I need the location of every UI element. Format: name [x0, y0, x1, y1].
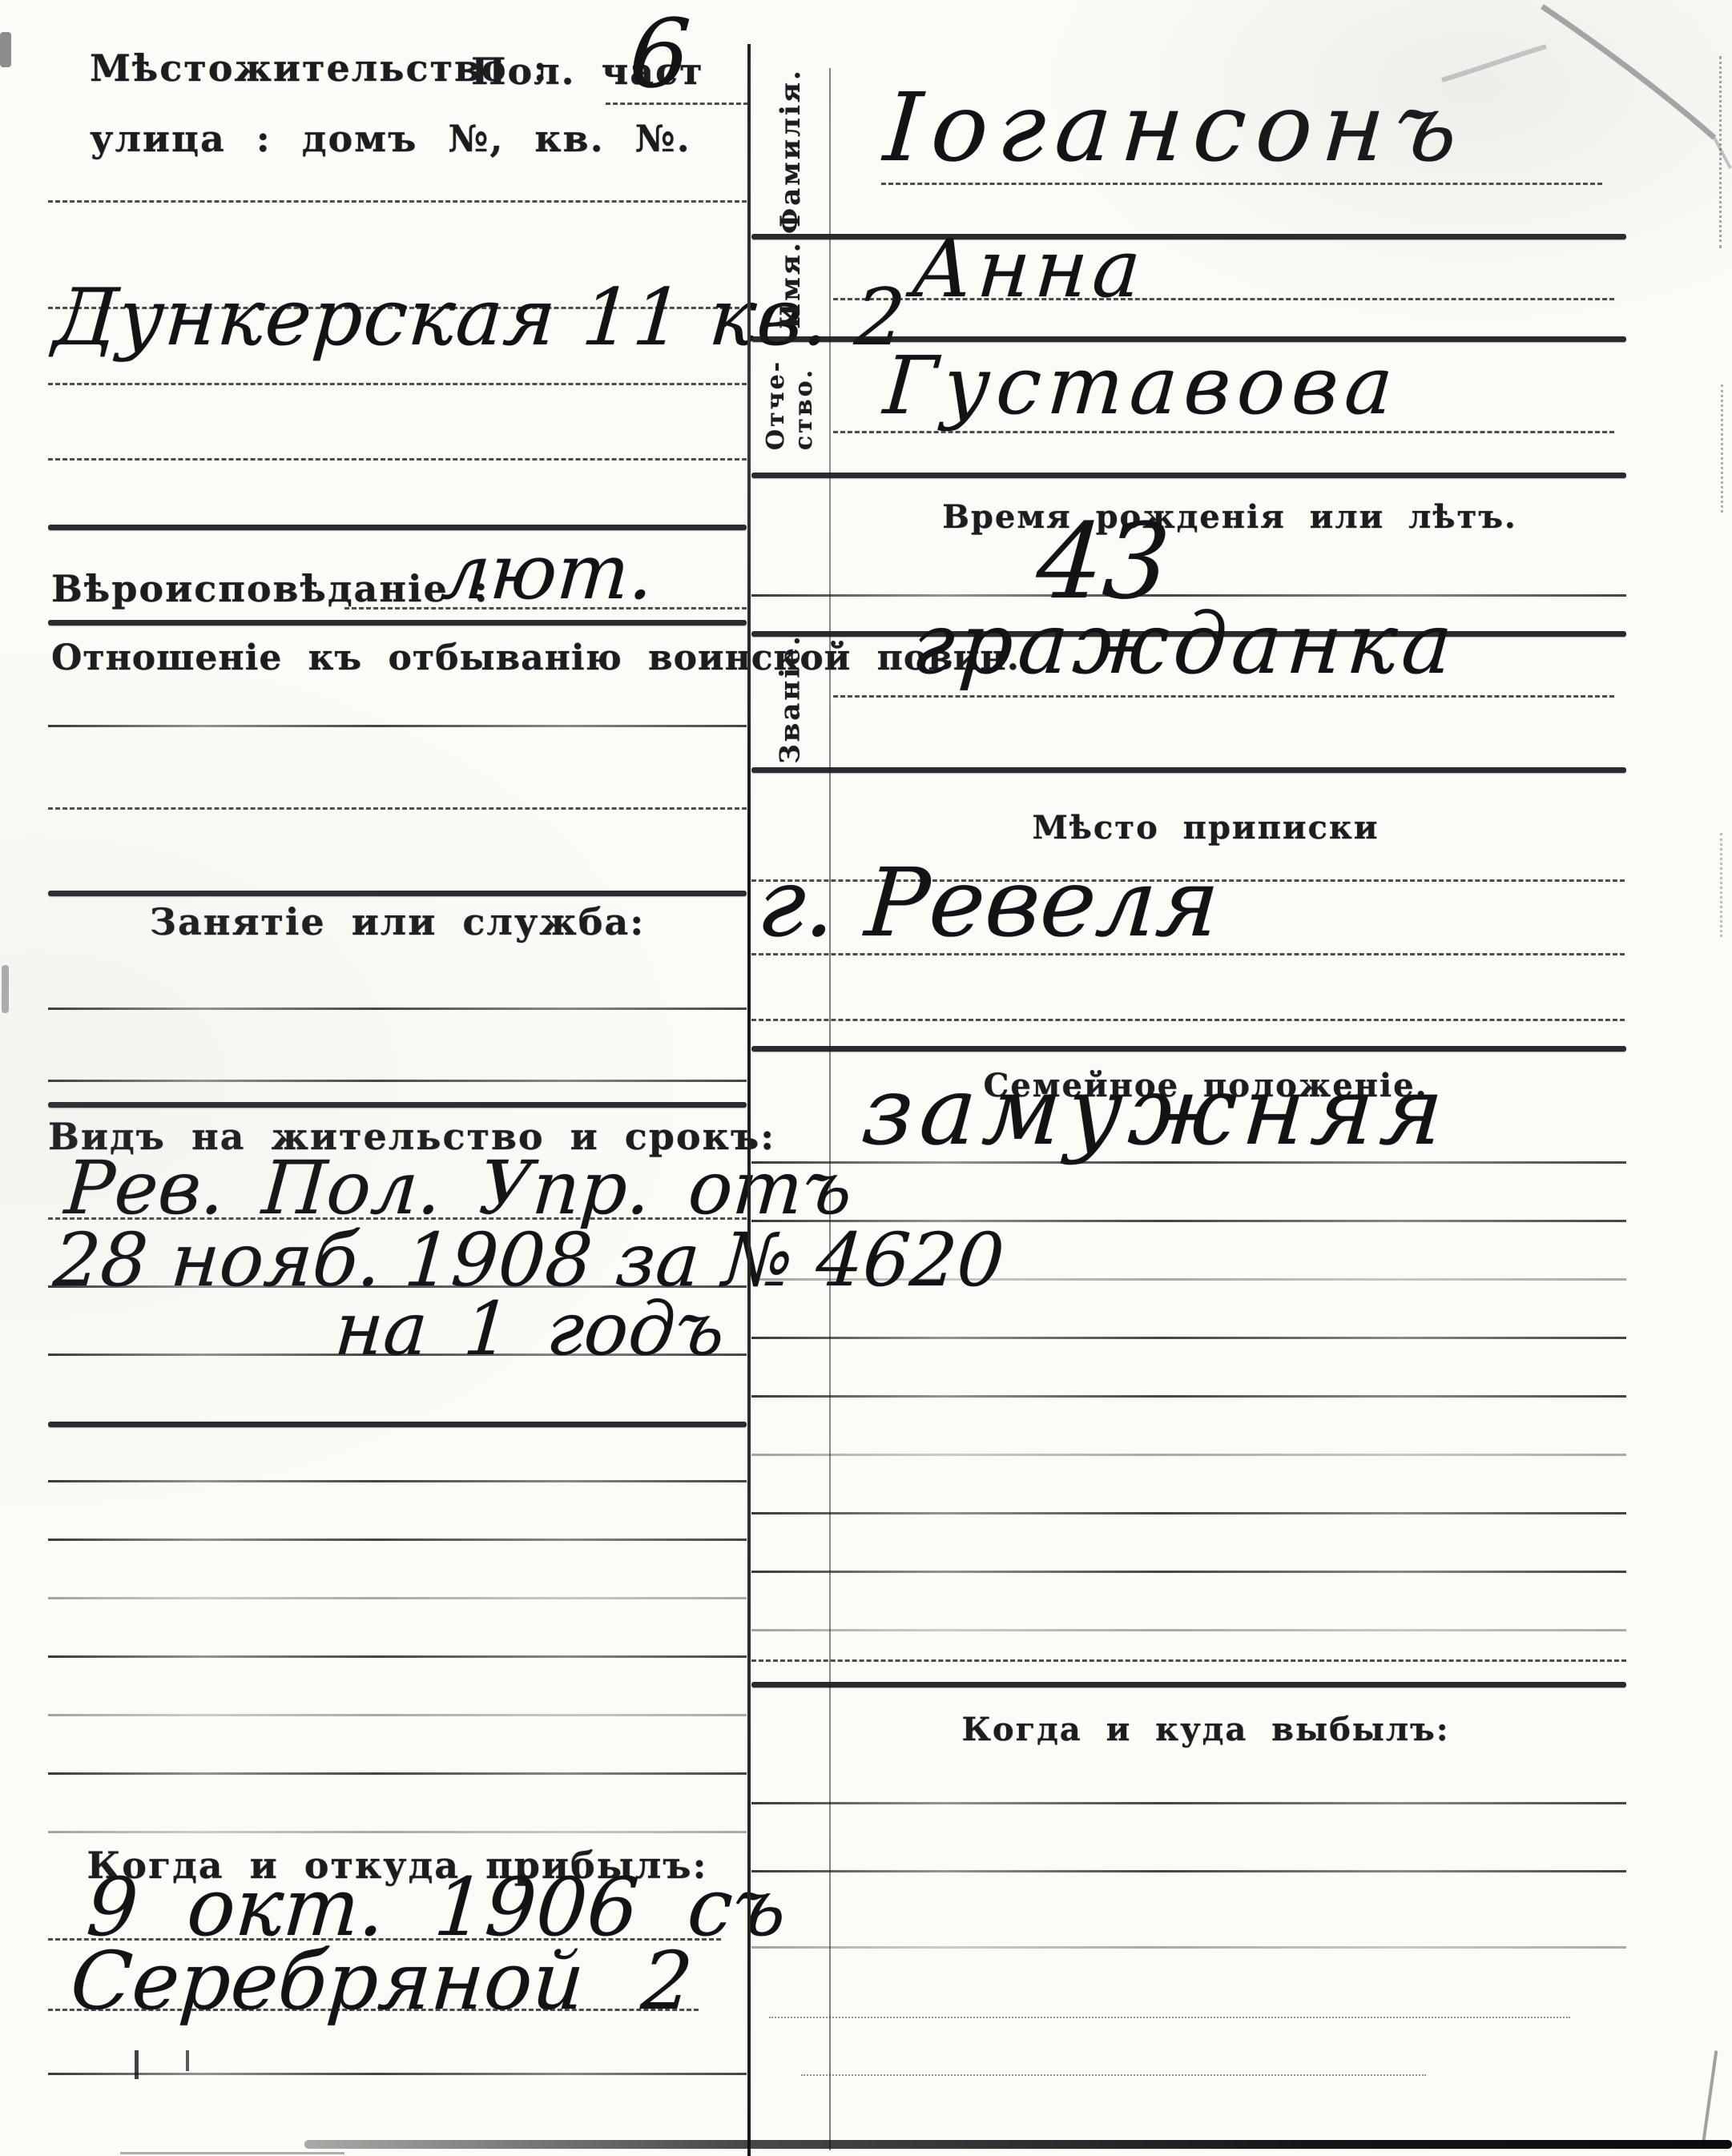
estate-label-cell: Званіе.	[751, 631, 830, 767]
ruled-line	[48, 725, 747, 727]
ruled-line	[751, 953, 1625, 955]
ruled-line	[48, 383, 747, 385]
ruled-line	[751, 1870, 1626, 1872]
name-label: Имя.	[775, 241, 806, 330]
ruled-line	[833, 431, 1614, 433]
ruled-line	[751, 1161, 1626, 1164]
ruled-line	[48, 1597, 747, 1599]
ruled-line	[48, 1080, 747, 1082]
thick-rule	[751, 1046, 1626, 1052]
marital-value: замужняя	[859, 1064, 1452, 1158]
ruled-line	[48, 1539, 747, 1541]
ruled-line	[48, 458, 747, 461]
ruled-line	[751, 1802, 1626, 1804]
registration-value: г. Ревеля	[755, 855, 1222, 950]
ruled-line	[48, 1480, 747, 1482]
scanner-edge-streak	[1721, 384, 1726, 513]
surname-label-cell: Фамилія.	[751, 68, 830, 234]
departure-label: Когда и куда выбылъ:	[833, 1714, 1578, 1746]
permit-line1: Рев. Пол. Упр. отъ	[62, 1152, 855, 1225]
edge-speck	[135, 2050, 139, 2079]
street-label: улица : домъ №, кв. №.	[90, 120, 691, 157]
surname-label: Фамилія.	[775, 68, 806, 234]
name-value: Анна	[909, 229, 1148, 309]
ruled-line	[751, 1512, 1626, 1514]
thick-rule	[751, 1682, 1626, 1687]
ruled-line	[769, 2017, 1570, 2018]
ruled-line	[48, 2009, 699, 2011]
name-label-cell: Имя.	[751, 234, 830, 336]
thick-rule	[751, 767, 1626, 773]
ruled-line	[751, 1395, 1626, 1398]
birth-label: Время рожденія или лѣтъ.	[833, 501, 1626, 533]
ruled-line	[48, 200, 747, 203]
occupation-label: Занятіе или служба:	[48, 903, 747, 940]
religion-value: лют.	[439, 535, 656, 611]
ruled-line	[48, 1831, 747, 1833]
ruled-line	[751, 1629, 1626, 1631]
scanner-edge-streak	[1702, 2050, 1718, 2146]
scanner-edge-streak	[1720, 833, 1725, 937]
ruled-line	[751, 1220, 1626, 1222]
thick-rule	[751, 473, 1626, 478]
thick-rule	[751, 234, 1626, 239]
patronymic-label-line2: ство.	[791, 359, 819, 449]
ruled-line	[801, 2074, 1426, 2076]
crease-mark	[1426, 0, 1732, 208]
ruled-line	[48, 1772, 747, 1775]
ruled-line	[48, 1354, 747, 1356]
ruled-line	[751, 1946, 1626, 1949]
ruled-line	[48, 1655, 747, 1658]
ruled-line	[751, 1571, 1626, 1573]
patronymic-label-line1: Отче-	[763, 359, 791, 449]
estate-label: Званіе.	[775, 634, 806, 764]
bottom-scan-band	[304, 2140, 1732, 2149]
thick-rule	[48, 891, 747, 896]
ruled-line	[48, 1714, 747, 1716]
ruled-line	[751, 1278, 1626, 1281]
patronymic-label: Отче- ство.	[763, 359, 819, 449]
ruled-line	[48, 2073, 747, 2075]
ruled-line	[751, 1659, 1626, 1662]
police-part-value: 6	[626, 6, 693, 101]
ruled-line	[48, 1008, 747, 1010]
scanner-edge-streak	[1719, 56, 1724, 248]
patronymic-value: Густавова	[881, 346, 1402, 426]
religion-label: Вѣроисповѣданіе :	[51, 570, 489, 607]
ruled-line	[833, 695, 1614, 698]
bottom-scan-band-faint	[120, 2152, 344, 2154]
thick-rule	[48, 1422, 747, 1427]
ruled-line	[751, 1337, 1626, 1339]
thick-rule	[48, 1102, 747, 1108]
ruled-line	[833, 298, 1614, 300]
military-duty-label: Отношеніе къ отбыванію воинской повин.	[51, 641, 1020, 676]
edge-speck	[0, 32, 11, 67]
ruled-line	[751, 1019, 1625, 1021]
scanned-registration-card: Мѣстожительство : Пол. част 6 улица : до…	[0, 0, 1732, 2156]
patronymic-label-cell: Отче- ство.	[751, 336, 830, 473]
edge-speck	[2, 965, 9, 1013]
registration-label: Мѣсто приписки	[833, 812, 1578, 844]
column-divider	[747, 44, 751, 2156]
estate-value: гражданка	[909, 602, 1460, 686]
thick-rule	[48, 620, 747, 625]
ruled-line	[48, 807, 747, 810]
edge-speck	[186, 2050, 189, 2071]
ruled-line	[751, 1454, 1626, 1456]
surname-value: Іогансонъ	[881, 80, 1470, 175]
